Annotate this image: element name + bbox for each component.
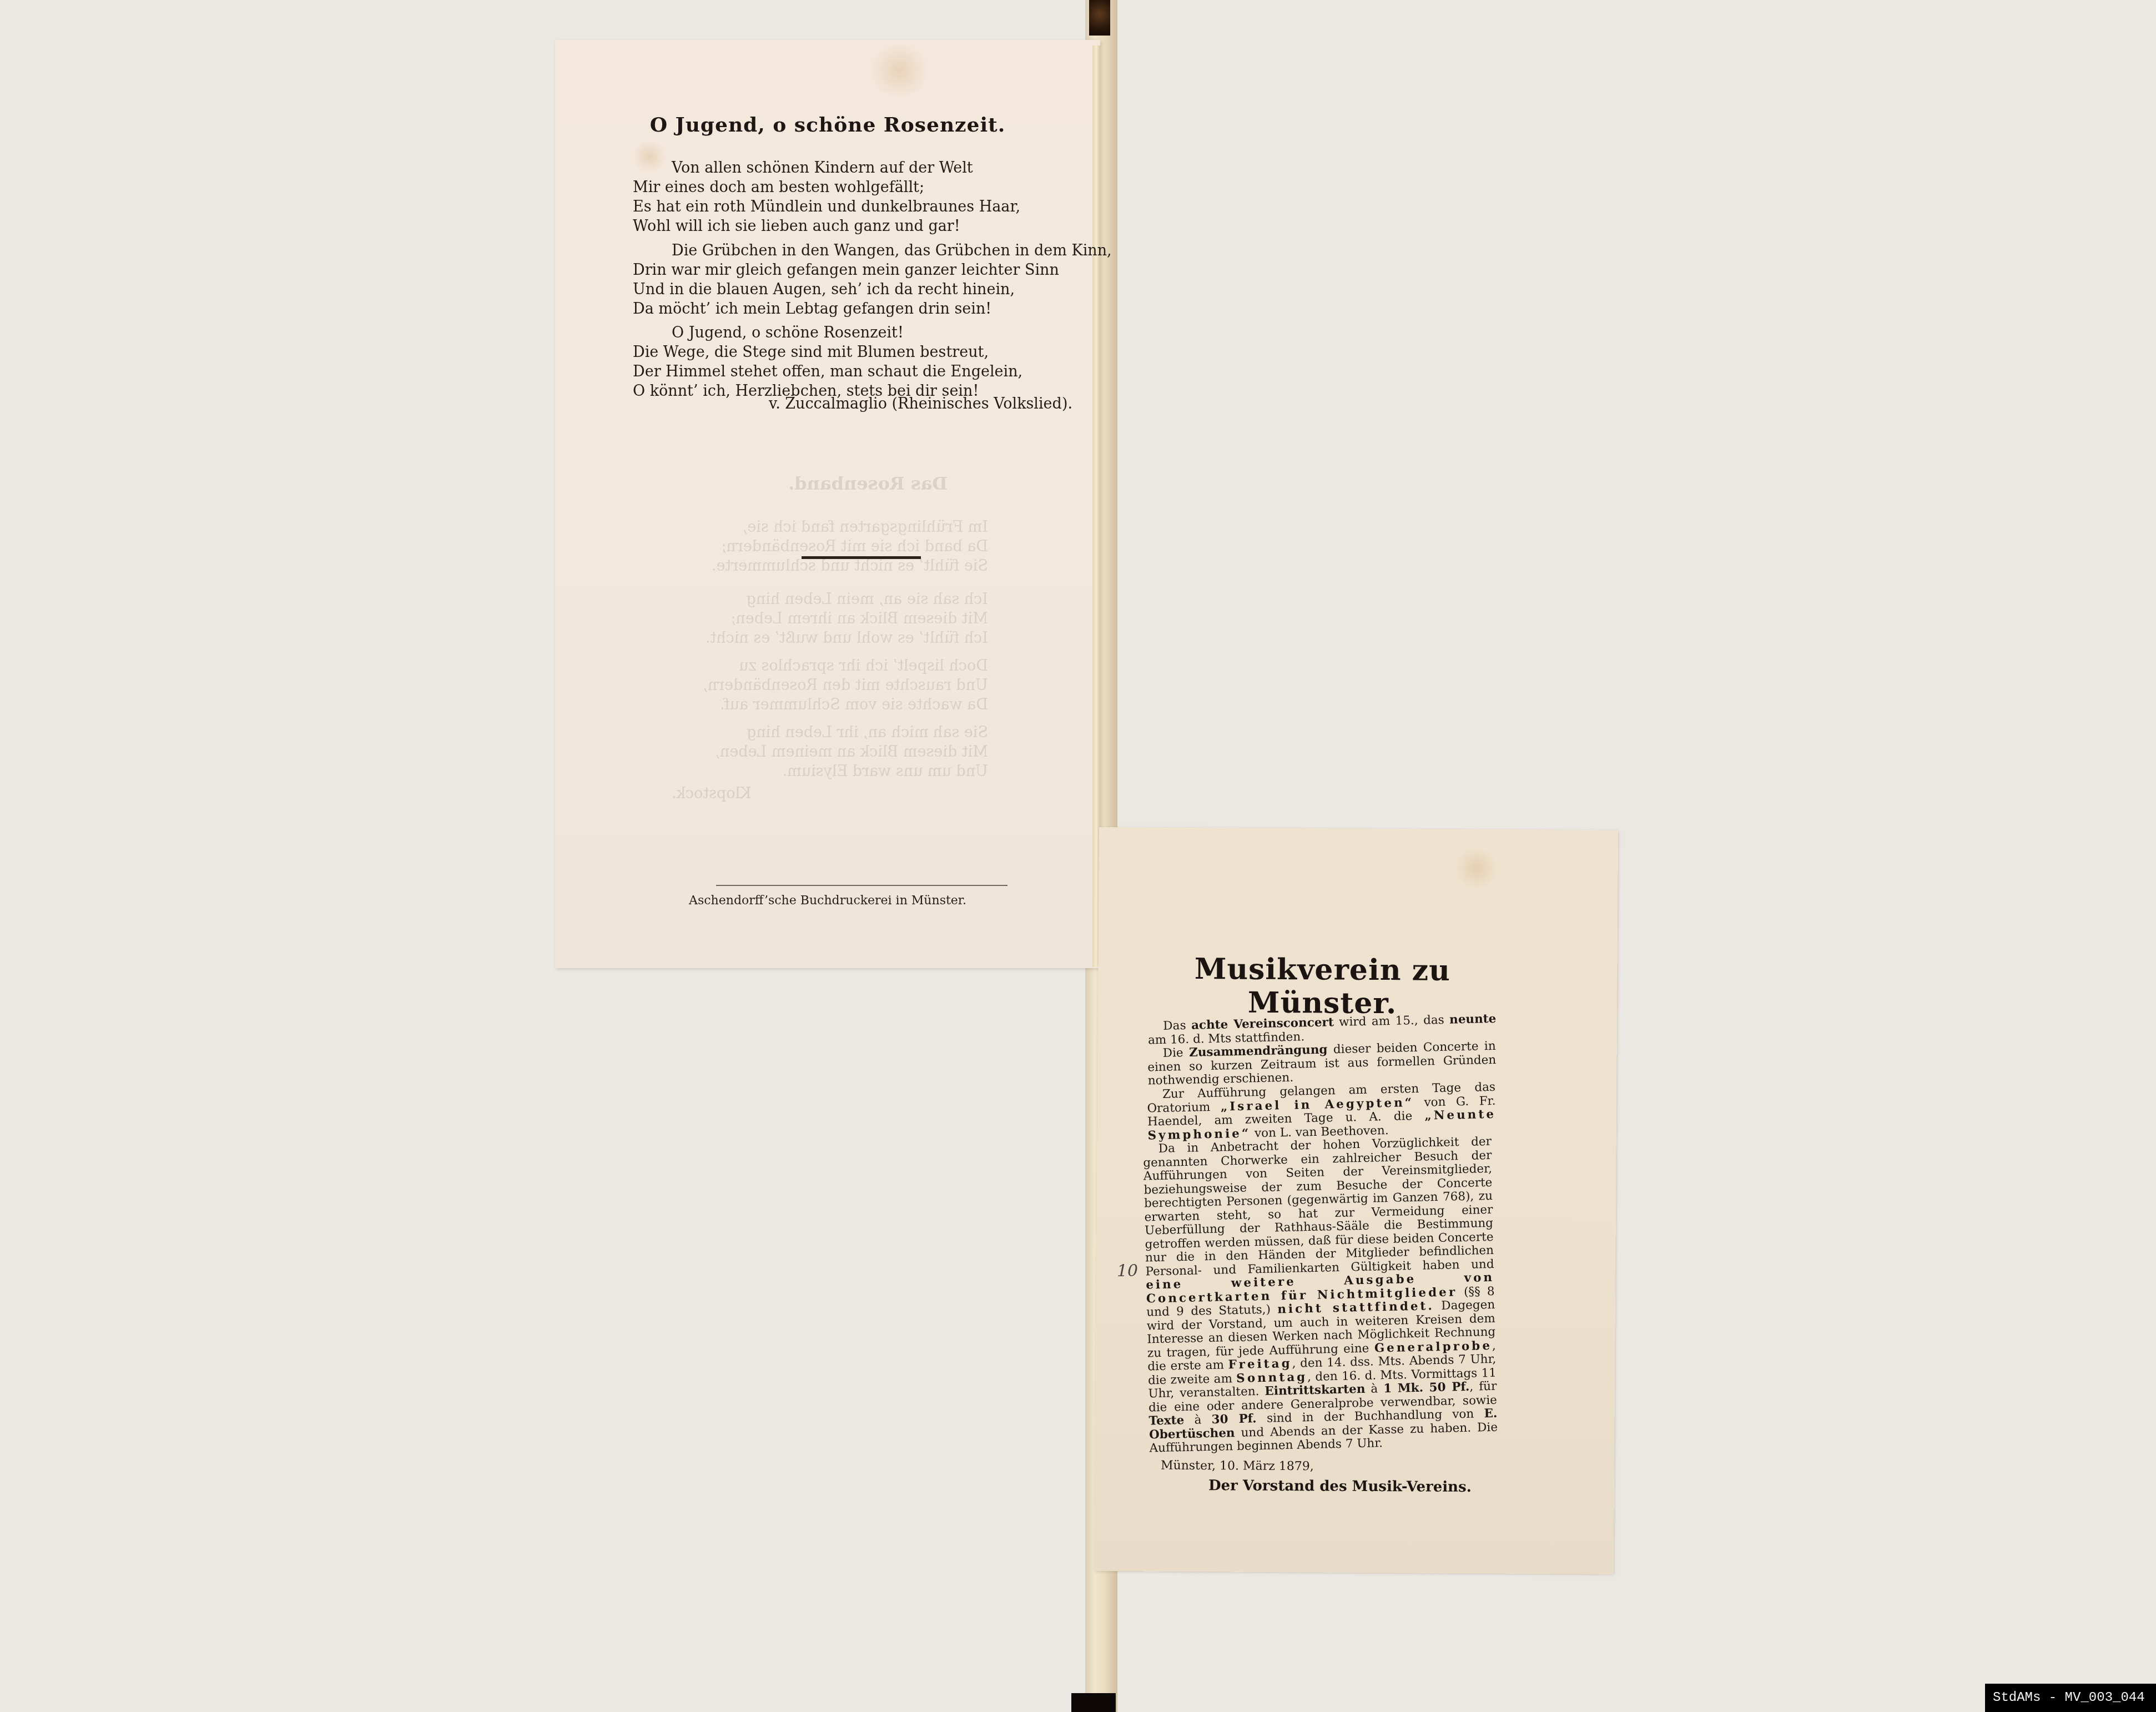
stanza-3: O Jugend, o schöne Rosenzeit! Die Wege, … (633, 323, 1088, 401)
show-through-stanza: Sie sah mich an, ihr Leben hing Mit dies… (677, 723, 988, 781)
clipping-body: Musikverein zu Münster. Das achte Verein… (1145, 953, 1497, 1496)
clipping-signature: Der Vorstand des Musik-Vereins. (1145, 1477, 1494, 1496)
stanza-1: Von allen schönen Kindern auf der Welt M… (633, 158, 1088, 236)
poem-attribution: v. Zuccalmaglio (Rheinisches Volkslied). (769, 395, 1072, 412)
poem-line: Mir eines doch am besten wohlgefällt; (633, 178, 1088, 197)
clipping-paragraph: Zur Aufführung gelangen am ersten Tage d… (1147, 1080, 1497, 1142)
emphasized-text: 30 Pf. (1211, 1412, 1257, 1427)
body-text: Das (1163, 1019, 1191, 1033)
show-through-stanza: Ich sah sie an, mein Leben hing Mit dies… (677, 590, 988, 648)
pencil-page-number: 10 (1117, 1261, 1138, 1281)
paper-stain (1454, 846, 1498, 890)
show-through-stanza: Im Frühlingsgarten fand ich sie, Da band… (677, 517, 988, 576)
clipping-paragraph: Da in Anbetracht der hohen Vorzüglichkei… (1143, 1135, 1498, 1455)
poem-line: Der Himmel stehet offen, man schaut die … (633, 362, 1088, 381)
stanza-2: Die Grübchen in den Wangen, das Grübchen… (633, 241, 1088, 319)
show-through-stanza: Doch lispelt’ ich ihr sprachlos zu Und r… (677, 656, 988, 714)
emphasized-text: Texte (1148, 1413, 1184, 1428)
show-through-title: Das Rosenband. (788, 474, 948, 494)
poem-line: Die Wege, die Stege sind mit Blumen best… (633, 343, 1088, 362)
emphasized-text: neunte (1449, 1012, 1497, 1027)
poem-line: Von allen schönen Kindern auf der Welt (633, 158, 1088, 178)
newspaper-clipping: Musikverein zu Münster. Das achte Verein… (1095, 827, 1618, 1574)
body-text: à (1184, 1413, 1212, 1427)
emphasized-text: achte Vereinsconcert (1191, 1015, 1334, 1033)
poem-title: O Jugend, o schöne Rosenzeit. (555, 113, 1100, 137)
poem-line: Wohl will ich sie lieben auch ganz und g… (633, 216, 1088, 236)
clipping-date: Münster, 10. März 1879, (1145, 1459, 1494, 1475)
paper-stain (866, 46, 933, 95)
clipping-title: Musikverein zu Münster. (1148, 953, 1497, 1021)
printer-imprint: Aschendorff’sche Buchdruckerei in Münste… (555, 894, 1100, 908)
poem-line: O Jugend, o schöne Rosenzeit! (633, 323, 1088, 343)
body-text: Freitag (1228, 1356, 1292, 1372)
poem-line: Und in die blauen Augen, seh’ ich da rec… (633, 280, 1088, 299)
poem-line: Die Grübchen in den Wangen, das Grübchen… (633, 241, 1088, 260)
emphasized-text: 1 Mk. 50 Pf. (1383, 1379, 1470, 1395)
poem-line: Es hat ein roth Mündlein und dunkelbraun… (633, 197, 1088, 216)
poem-sheet: O Jugend, o schöne Rosenzeit. Von allen … (555, 40, 1100, 968)
imprint-rule (716, 885, 1008, 886)
body-text: Da in Anbetracht der hohen Vorzüglichkei… (1143, 1134, 1494, 1278)
archive-label: StdAMs - MV_003_044 (1985, 1684, 2156, 1712)
body-text: wird am 15., das (1333, 1013, 1449, 1030)
spine-shadow-bottom (1071, 1693, 1116, 1712)
spine-shadow-top (1089, 0, 1110, 36)
show-through-author: Klopstock. (672, 784, 751, 803)
body-text: Die (1163, 1046, 1190, 1060)
poem-line: Da möcht’ ich mein Lebtag gefangen drin … (633, 299, 1088, 319)
body-text: à (1365, 1382, 1383, 1396)
poem-line: Drin war mir gleich gefangen mein ganzer… (633, 260, 1088, 280)
body-text: Sonntag (1236, 1369, 1308, 1385)
